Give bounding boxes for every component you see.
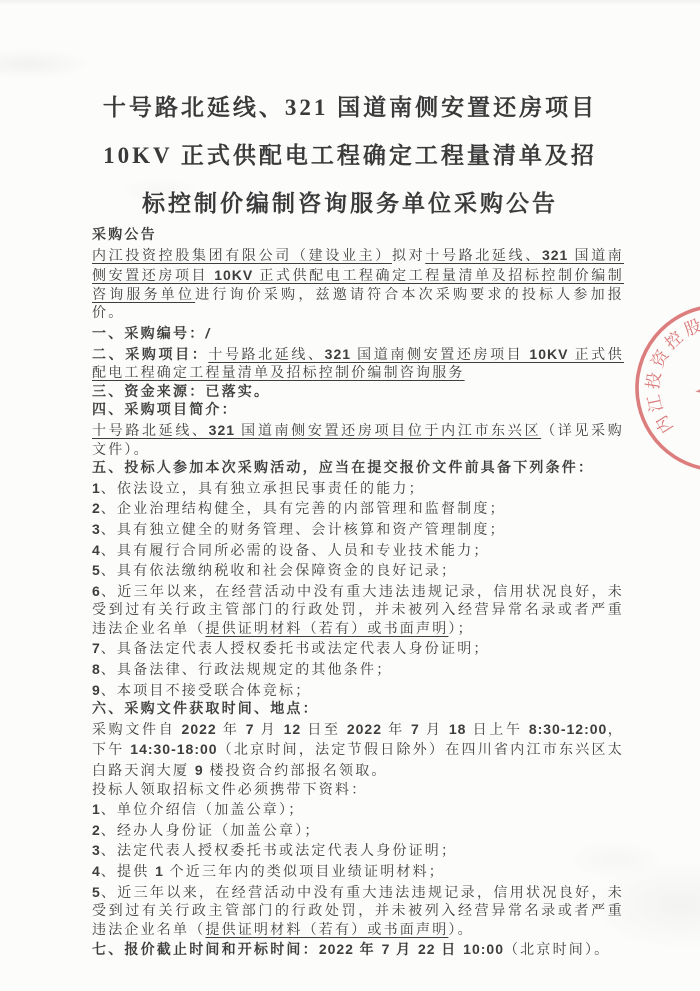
condition-item-1: 1、依法设立，具有独立承担民事责任的能力； [92,479,624,500]
material-item-2: 2、经办人身份证（加盖公章）； [92,821,624,842]
section-2-project: 二、采购项目：十号路北延线、321 国道南侧安置还房项目 10KV 正式供配电工… [92,345,624,384]
section-5-heading: 五、投标人参加本次采购活动，应当在提交报价文件前具备下列条件： [92,460,624,479]
section-4-content: 十号路北延线、321 国道南侧安置还房项目位于内江市东兴区（详见采购文件）。 [92,421,624,460]
section-6-heading: 六、采购文件获取时间、地点： [92,701,624,720]
document-title-line-2: 10KV 正式供配电工程确定工程量清单及招 [70,132,630,180]
document-title-line-1: 十号路北延线、321 国道南侧安置还房项目 [70,84,630,132]
document-body: 采购公告内江投资控股集团有限公司（建设业主）拟对十号路北延线、321 国道南侧安… [92,227,624,961]
material-item-5: 5、近三年以来，在经营活动中没有重大违法违规记录，信用状况良好，未受到过有关行政… [92,883,624,941]
section-4-heading: 四、采购项目简介： [92,402,624,421]
document-title: 十号路北延线、321 国道南侧安置还房项目 10KV 正式供配电工程确定工程量清… [70,84,630,228]
collection-note: 投标人领取招标文件必须携带下资料： [92,782,624,801]
condition-item-9: 9、本项目不接受联合体竞标； [92,681,624,702]
condition-item-4: 4、具有履行合同所必需的设备、人员和专业技术能力； [92,541,624,562]
section-3-funds: 三、资金来源：已落实。 [92,384,624,403]
seal-star-icon [688,356,700,415]
section-1-number: 一、采购编号：/ [92,324,624,345]
condition-item-7: 7、具备法定代表人授权委托书或法定代表人身份证明； [92,639,624,660]
condition-item-3: 3、具有独立健全的财务管理、会计核算和资产管理制度； [92,520,624,541]
section-7-deadline: 七、报价截止时间和开标时间：2022 年 7 月 22 日 10:00（北京时间… [92,940,624,961]
condition-item-8: 8、具备法律、行政法规规定的其他条件； [92,660,624,681]
document-title-line-3: 标控制价编制咨询服务单位采购公告 [70,180,630,228]
scanned-document-page: 十号路北延线、321 国道南侧安置还房项目 10KV 正式供配电工程确定工程量清… [0,0,700,991]
intro-paragraph: 内江投资控股集团有限公司（建设业主）拟对十号路北延线、321 国道南侧安置还房项… [92,246,624,324]
material-item-1: 1、单位介绍信（加盖公章）； [92,800,624,821]
material-item-4: 4、提供 1 个近三年内的类似项目业绩证明材料； [92,862,624,883]
condition-item-5: 5、具有依法缴纳税收和社会保障资金的良好记录； [92,561,624,582]
announcement-heading: 采购公告 [92,227,624,246]
condition-item-6: 6、近三年以来，在经营活动中没有重大违法违规记录，信用状况良好，未受到过有关行政… [92,582,624,640]
condition-item-2: 2、企业治理结构健全，具有完善的内部管理和监督制度； [92,499,624,520]
material-item-3: 3、法定代表人授权委托书或法定代表人身份证明； [92,841,624,862]
section-6-content: 采购文件自 2022 年 7 月 12 日至 2022 年 7 月 18 日上午… [92,720,624,782]
